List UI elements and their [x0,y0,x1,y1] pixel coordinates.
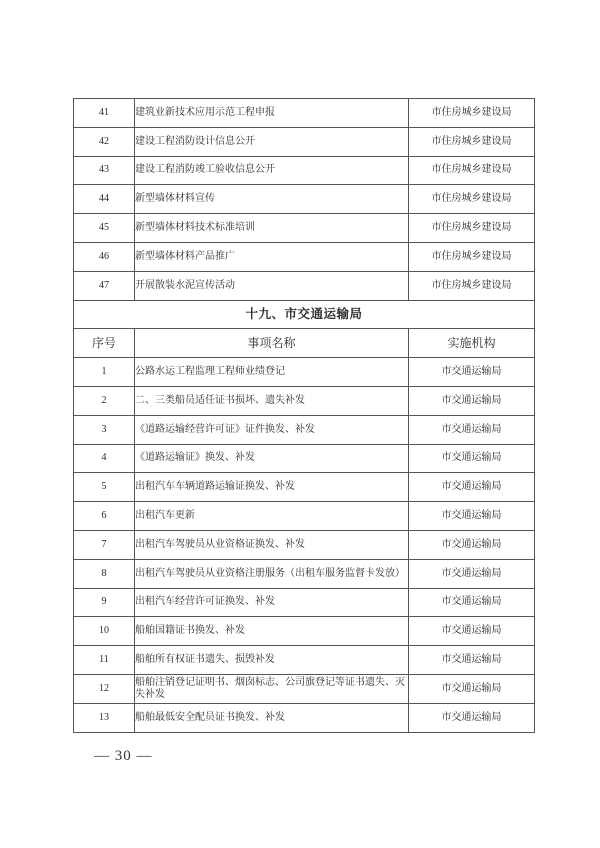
table-row: 45新型墙体材料技术标准培训市住房城乡建设局 [74,214,535,243]
agency-name: 市交通运输局 [409,415,535,444]
table-row: 13船舶最低安全配员证书换发、补发市交通运输局 [74,703,535,732]
agency-name: 市住房城乡建设局 [409,156,535,185]
agency-name: 市交通运输局 [409,703,535,732]
row-number: 5 [74,473,135,502]
header-number: 序号 [74,329,135,358]
table-row: 9出租汽车经营许可证换发、补发市交通运输局 [74,588,535,617]
table-row: 8出租汽车驾驶员从业资格注册服务（出租车服务监督卡发放）市交通运输局 [74,559,535,588]
agency-name: 市交通运输局 [409,530,535,559]
row-number: 47 [74,271,135,300]
matter-name: 出租汽车车辆道路运输证换发、补发 [135,473,409,502]
agency-name: 市交通运输局 [409,358,535,387]
matter-name: 出租汽车经营许可证换发、补发 [135,588,409,617]
section-title-row: 十九、市交通运输局 [74,300,535,329]
agency-name: 市交通运输局 [409,617,535,646]
agency-name: 市交通运输局 [409,674,535,703]
page-number: — 30 — [94,748,153,765]
matter-name: 建筑业新技术应用示范工程申报 [135,99,409,128]
matter-name: 《道路运输证》换发、补发 [135,444,409,473]
matter-name: 出租汽车驾驶员从业资格注册服务（出租车服务监督卡发放） [135,559,409,588]
table-row: 5出租汽车车辆道路运输证换发、补发市交通运输局 [74,473,535,502]
agency-name: 市住房城乡建设局 [409,271,535,300]
matter-name: 船舶国籍证书换发、补发 [135,617,409,646]
matters-table: 41建筑业新技术应用示范工程申报市住房城乡建设局 42建设工程消防设计信息公开市… [73,98,535,733]
row-number: 11 [74,646,135,675]
header-agency: 实施机构 [409,329,535,358]
table-row: 4《道路运输证》换发、补发市交通运输局 [74,444,535,473]
agency-name: 市交通运输局 [409,559,535,588]
table-header-row: 序号 事项名称 实施机构 [74,329,535,358]
matter-name: 开展散装水泥宣传活动 [135,271,409,300]
agency-name: 市住房城乡建设局 [409,99,535,128]
agency-name: 市交通运输局 [409,444,535,473]
agency-name: 市交通运输局 [409,386,535,415]
matter-name: 出租汽车驾驶员从业资格证换发、补发 [135,530,409,559]
agency-name: 市交通运输局 [409,473,535,502]
table-row: 12船舶注销登记证明书、烟囱标志、公司旗登记等证书遗失、灭失补发市交通运输局 [74,674,535,703]
matter-name: 新型墙体材料产品推广 [135,242,409,271]
table-row: 41建筑业新技术应用示范工程申报市住房城乡建设局 [74,99,535,128]
row-number: 42 [74,127,135,156]
table-row: 43建设工程消防竣工验收信息公开市住房城乡建设局 [74,156,535,185]
row-number: 46 [74,242,135,271]
section-title: 十九、市交通运输局 [74,300,535,329]
row-number: 3 [74,415,135,444]
matter-name: 船舶所有权证书遗失、损毁补发 [135,646,409,675]
agency-name: 市交通运输局 [409,646,535,675]
matter-name: 公路水运工程监理工程师业绩登记 [135,358,409,387]
row-number: 13 [74,703,135,732]
table-row: 11船舶所有权证书遗失、损毁补发市交通运输局 [74,646,535,675]
row-number: 45 [74,214,135,243]
row-number: 9 [74,588,135,617]
agency-name: 市交通运输局 [409,588,535,617]
table-row: 46新型墙体材料产品推广市住房城乡建设局 [74,242,535,271]
agency-name: 市住房城乡建设局 [409,185,535,214]
row-number: 10 [74,617,135,646]
row-number: 4 [74,444,135,473]
table-row: 47开展散装水泥宣传活动市住房城乡建设局 [74,271,535,300]
row-number: 12 [74,674,135,703]
row-number: 6 [74,502,135,531]
table-row: 7出租汽车驾驶员从业资格证换发、补发市交通运输局 [74,530,535,559]
table-row: 3《道路运输经营许可证》证件换发、补发市交通运输局 [74,415,535,444]
agency-name: 市住房城乡建设局 [409,127,535,156]
matter-name: 新型墙体材料宣传 [135,185,409,214]
table-row: 1公路水运工程监理工程师业绩登记市交通运输局 [74,358,535,387]
row-number: 8 [74,559,135,588]
row-number: 44 [74,185,135,214]
table-row: 44新型墙体材料宣传市住房城乡建设局 [74,185,535,214]
row-number: 43 [74,156,135,185]
agency-name: 市住房城乡建设局 [409,242,535,271]
table-row: 42建设工程消防设计信息公开市住房城乡建设局 [74,127,535,156]
document-page: 41建筑业新技术应用示范工程申报市住房城乡建设局 42建设工程消防设计信息公开市… [0,0,600,848]
matter-name: 《道路运输经营许可证》证件换发、补发 [135,415,409,444]
table-row: 2二、三类船员适任证书损坏、遗失补发市交通运输局 [74,386,535,415]
row-number: 2 [74,386,135,415]
table-row: 6出租汽车更新市交通运输局 [74,502,535,531]
agency-name: 市交通运输局 [409,502,535,531]
matter-name: 出租汽车更新 [135,502,409,531]
row-number: 41 [74,99,135,128]
header-matter-name: 事项名称 [135,329,409,358]
matter-name: 船舶注销登记证明书、烟囱标志、公司旗登记等证书遗失、灭失补发 [135,674,409,703]
matter-name: 新型墙体材料技术标准培训 [135,214,409,243]
row-number: 1 [74,358,135,387]
table-row: 10船舶国籍证书换发、补发市交通运输局 [74,617,535,646]
matter-name: 建设工程消防竣工验收信息公开 [135,156,409,185]
matter-name: 二、三类船员适任证书损坏、遗失补发 [135,386,409,415]
agency-name: 市住房城乡建设局 [409,214,535,243]
row-number: 7 [74,530,135,559]
matter-name: 建设工程消防设计信息公开 [135,127,409,156]
matter-name: 船舶最低安全配员证书换发、补发 [135,703,409,732]
